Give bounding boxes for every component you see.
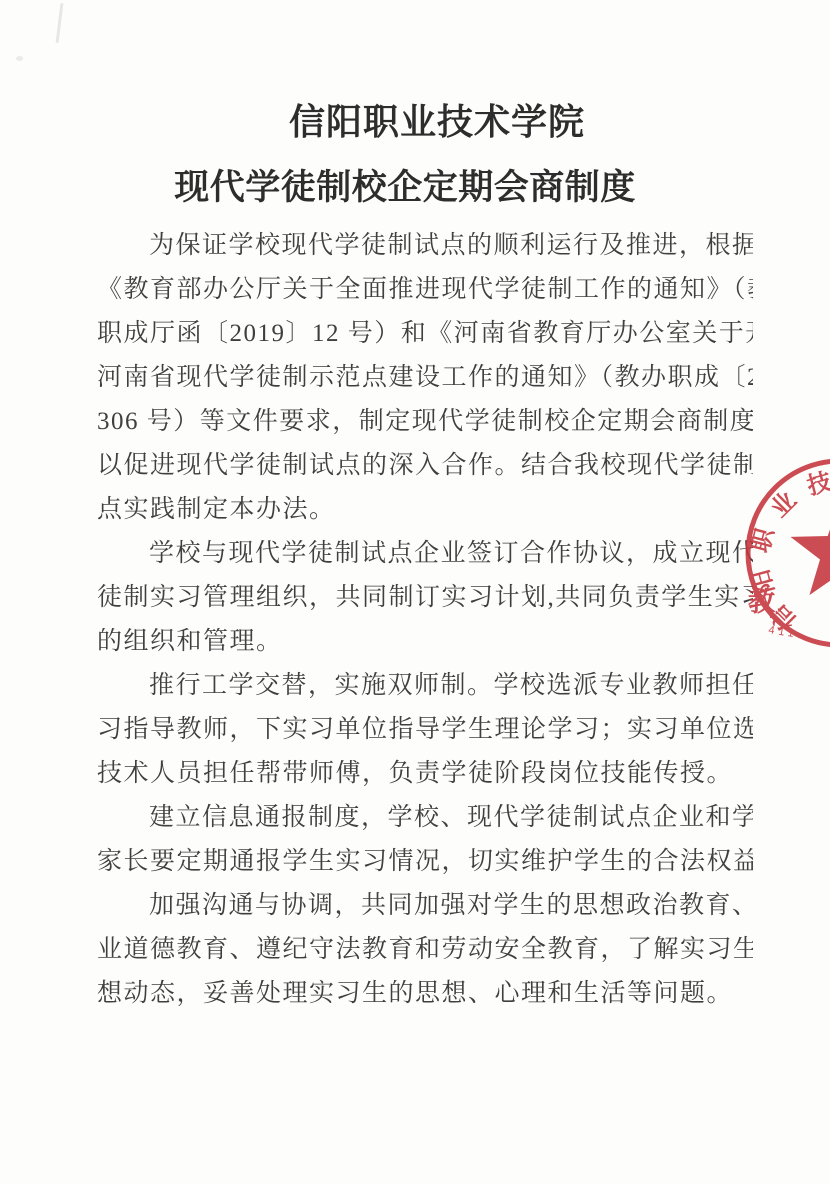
document-title: 现代学徒制校企定期会商制度	[0, 160, 820, 210]
svg-text:技: 技	[804, 468, 830, 500]
school-title: 信阳职业技术学院	[22, 94, 830, 145]
body-line: 河南省现代学徒制示范点建设工作的通知》（教办职成〔2021〕	[97, 356, 753, 400]
seal-star-icon	[791, 501, 830, 595]
body-line: 家长要定期通报学生实习情况，切实维护学生的合法权益。	[97, 840, 753, 884]
document-body: 为保证学校现代学徒制试点的顺利运行及推进，根据《教育部办公厅关于全面推进现代学徒…	[97, 224, 753, 1016]
body-line: 学校与现代学徒制试点企业签订合作协议，成立现代学	[97, 532, 753, 576]
body-line: 点实践制定本办法。	[97, 488, 753, 532]
body-line: 加强沟通与协调，共同加强对学生的思想政治教育、职	[97, 884, 753, 928]
body-line: 以促进现代学徒制试点的深入合作。结合我校现代学徒制试	[97, 444, 753, 488]
body-line: 职成厅函〔2019〕12 号）和《河南省教育厅办公室关于开展	[97, 312, 753, 356]
scanned-document-page: 信阳职业技术学院 现代学徒制校企定期会商制度 为保证学校现代学徒制试点的顺利运行…	[0, 0, 830, 1184]
body-line: 306 号）等文件要求，制定现代学徒制校企定期会商制度，	[97, 400, 753, 444]
scan-artifact-dot	[16, 56, 23, 61]
official-red-seal: 信阳职业技术学院 教 411	[730, 443, 830, 663]
seal-inner-char: 教	[748, 587, 776, 617]
body-line: 业道德教育、遵纪守法教育和劳动安全教育，了解实习生思	[97, 928, 753, 972]
body-line: 推行工学交替，实施双师制。学校选派专业教师担任实	[97, 664, 753, 708]
body-line: 想动态，妥善处理实习生的思想、心理和生活等问题。	[97, 972, 753, 1016]
body-line: 建立信息通报制度，学校、现代学徒制试点企业和学生	[97, 796, 753, 840]
scan-artifact-stroke	[56, 3, 64, 43]
body-line: 习指导教师，下实习单位指导学生理论学习；实习单位选派	[97, 708, 753, 752]
body-line: 《教育部办公厅关于全面推进现代学徒制工作的通知》（教	[97, 268, 753, 312]
body-line: 技术人员担任帮带师傅，负责学徒阶段岗位技能传授。	[97, 752, 753, 796]
svg-text:职: 职	[747, 524, 780, 555]
seal-code: 411	[768, 624, 799, 640]
body-line: 徒制实习管理组织，共同制订实习计划,共同负责学生实习	[97, 576, 753, 620]
body-line: 的组织和管理。	[97, 620, 753, 664]
body-line: 为保证学校现代学徒制试点的顺利运行及推进，根据	[97, 224, 753, 268]
